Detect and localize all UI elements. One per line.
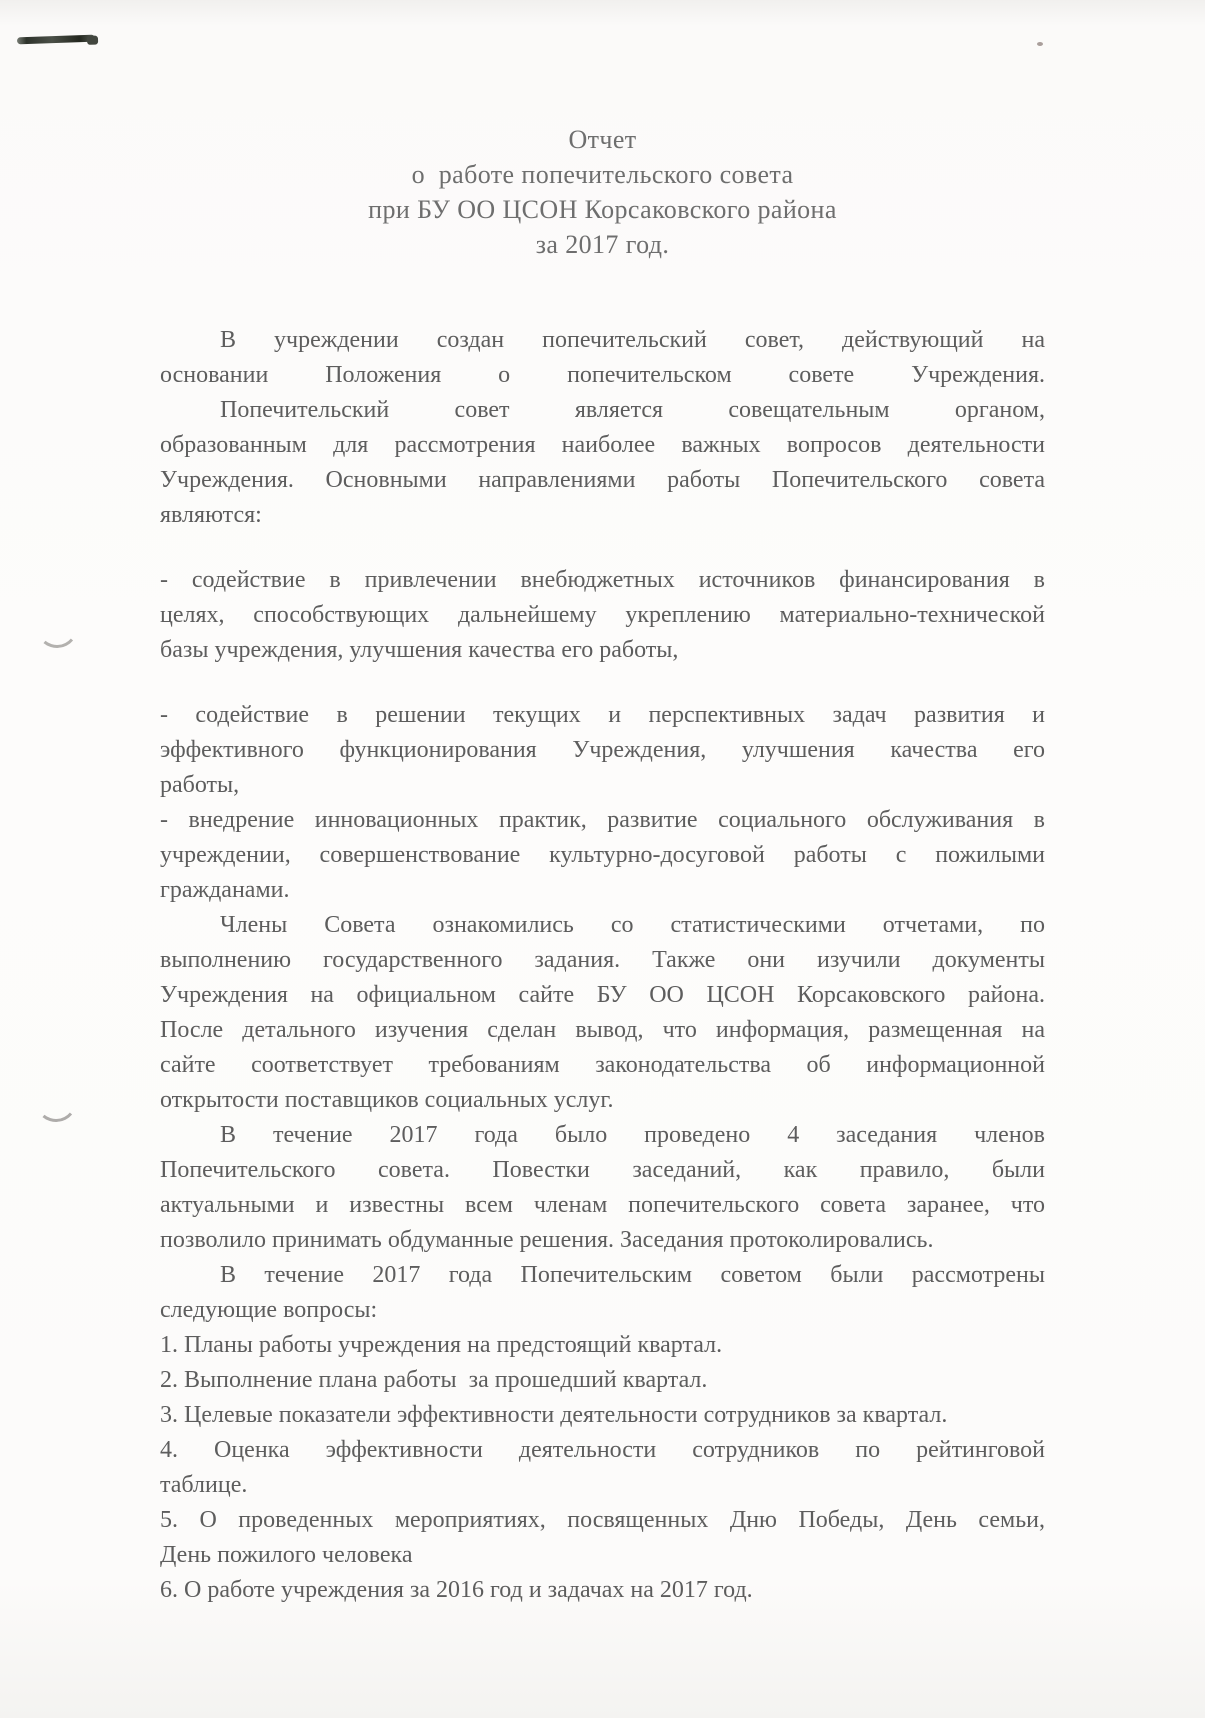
text-line: - содействие в решении текущих и перспек… <box>160 698 1045 733</box>
text-line: В учреждении создан попечительский совет… <box>160 323 1045 358</box>
text-line: 1. Планы работы учреждения на предстоящи… <box>160 1328 1045 1363</box>
text-line: образованным для рассмотрения наиболее в… <box>160 428 1045 463</box>
title-line: Отчет <box>160 122 1045 157</box>
text-line: выполнению государственного задания. Так… <box>160 943 1045 978</box>
document-title: Отчето работе попечительского советапри … <box>160 122 1045 262</box>
hole-punch-shadow-lower <box>33 1078 79 1124</box>
text-line: работы, <box>160 768 1045 803</box>
text-line: Учреждения. Основными направлениями рабо… <box>160 463 1045 498</box>
text-line: таблице. <box>160 1468 1045 1503</box>
text-line: позволило принимать обдуманные решения. … <box>160 1223 1045 1258</box>
ink-speck <box>1037 42 1043 46</box>
text-line: эффективного функционирования Учреждения… <box>160 733 1045 768</box>
text-line: актуальными и известны всем членам попеч… <box>160 1188 1045 1223</box>
text-line: гражданами. <box>160 873 1045 908</box>
text-line: В течение 2017 года было проведено 4 зас… <box>160 1118 1045 1153</box>
text-line: - содействие в привлечении внебюджетных … <box>160 563 1045 598</box>
text-line: Попечительского совета. Повестки заседан… <box>160 1153 1045 1188</box>
staple-mark <box>17 35 95 45</box>
text-line: Попечительский совет является совещатель… <box>160 393 1045 428</box>
text-line: 2. Выполнение плана работы за прошедший … <box>160 1363 1045 1398</box>
text-line: целях, способствующих дальнейшему укрепл… <box>160 598 1045 633</box>
title-line: при БУ ОО ЦСОН Корсаковского района <box>160 192 1045 227</box>
text-line: 5. О проведенных мероприятиях, посвященн… <box>160 1503 1045 1538</box>
text-line: Учреждения на официальном сайте БУ ОО ЦС… <box>160 978 1045 1013</box>
text-line: базы учреждения, улучшения качества его … <box>160 633 1045 668</box>
text-line: - внедрение инновационных практик, разви… <box>160 803 1045 838</box>
text-line: сайте соответствует требованиям законода… <box>160 1048 1045 1083</box>
text-line: После детального изучения сделан вывод, … <box>160 1013 1045 1048</box>
hole-punch-shadow-upper <box>34 604 80 650</box>
text-line: основании Положения о попечительском сов… <box>160 358 1045 393</box>
title-line: за 2017 год. <box>160 227 1045 262</box>
text-line: День пожилого человека <box>160 1538 1045 1573</box>
title-line: о работе попечительского совета <box>160 157 1045 192</box>
body-text: В учреждении создан попечительский совет… <box>160 323 1045 1608</box>
text-line: 6. О работе учреждения за 2016 год и зад… <box>160 1573 1045 1608</box>
scanned-page: Отчето работе попечительского советапри … <box>0 0 1205 1718</box>
text-line: следующие вопросы: <box>160 1293 1045 1328</box>
text-line: учреждении, совершенствование культурно-… <box>160 838 1045 873</box>
text-line: 3. Целевые показатели эффективности деят… <box>160 1398 1045 1433</box>
text-line: В течение 2017 года Попечительским совет… <box>160 1258 1045 1293</box>
text-line: 4. Оценка эффективности деятельности сот… <box>160 1433 1045 1468</box>
text-line: являются: <box>160 498 1045 533</box>
text-line: Члены Совета ознакомились со статистичес… <box>160 908 1045 943</box>
text-line: открытости поставщиков социальных услуг. <box>160 1083 1045 1118</box>
